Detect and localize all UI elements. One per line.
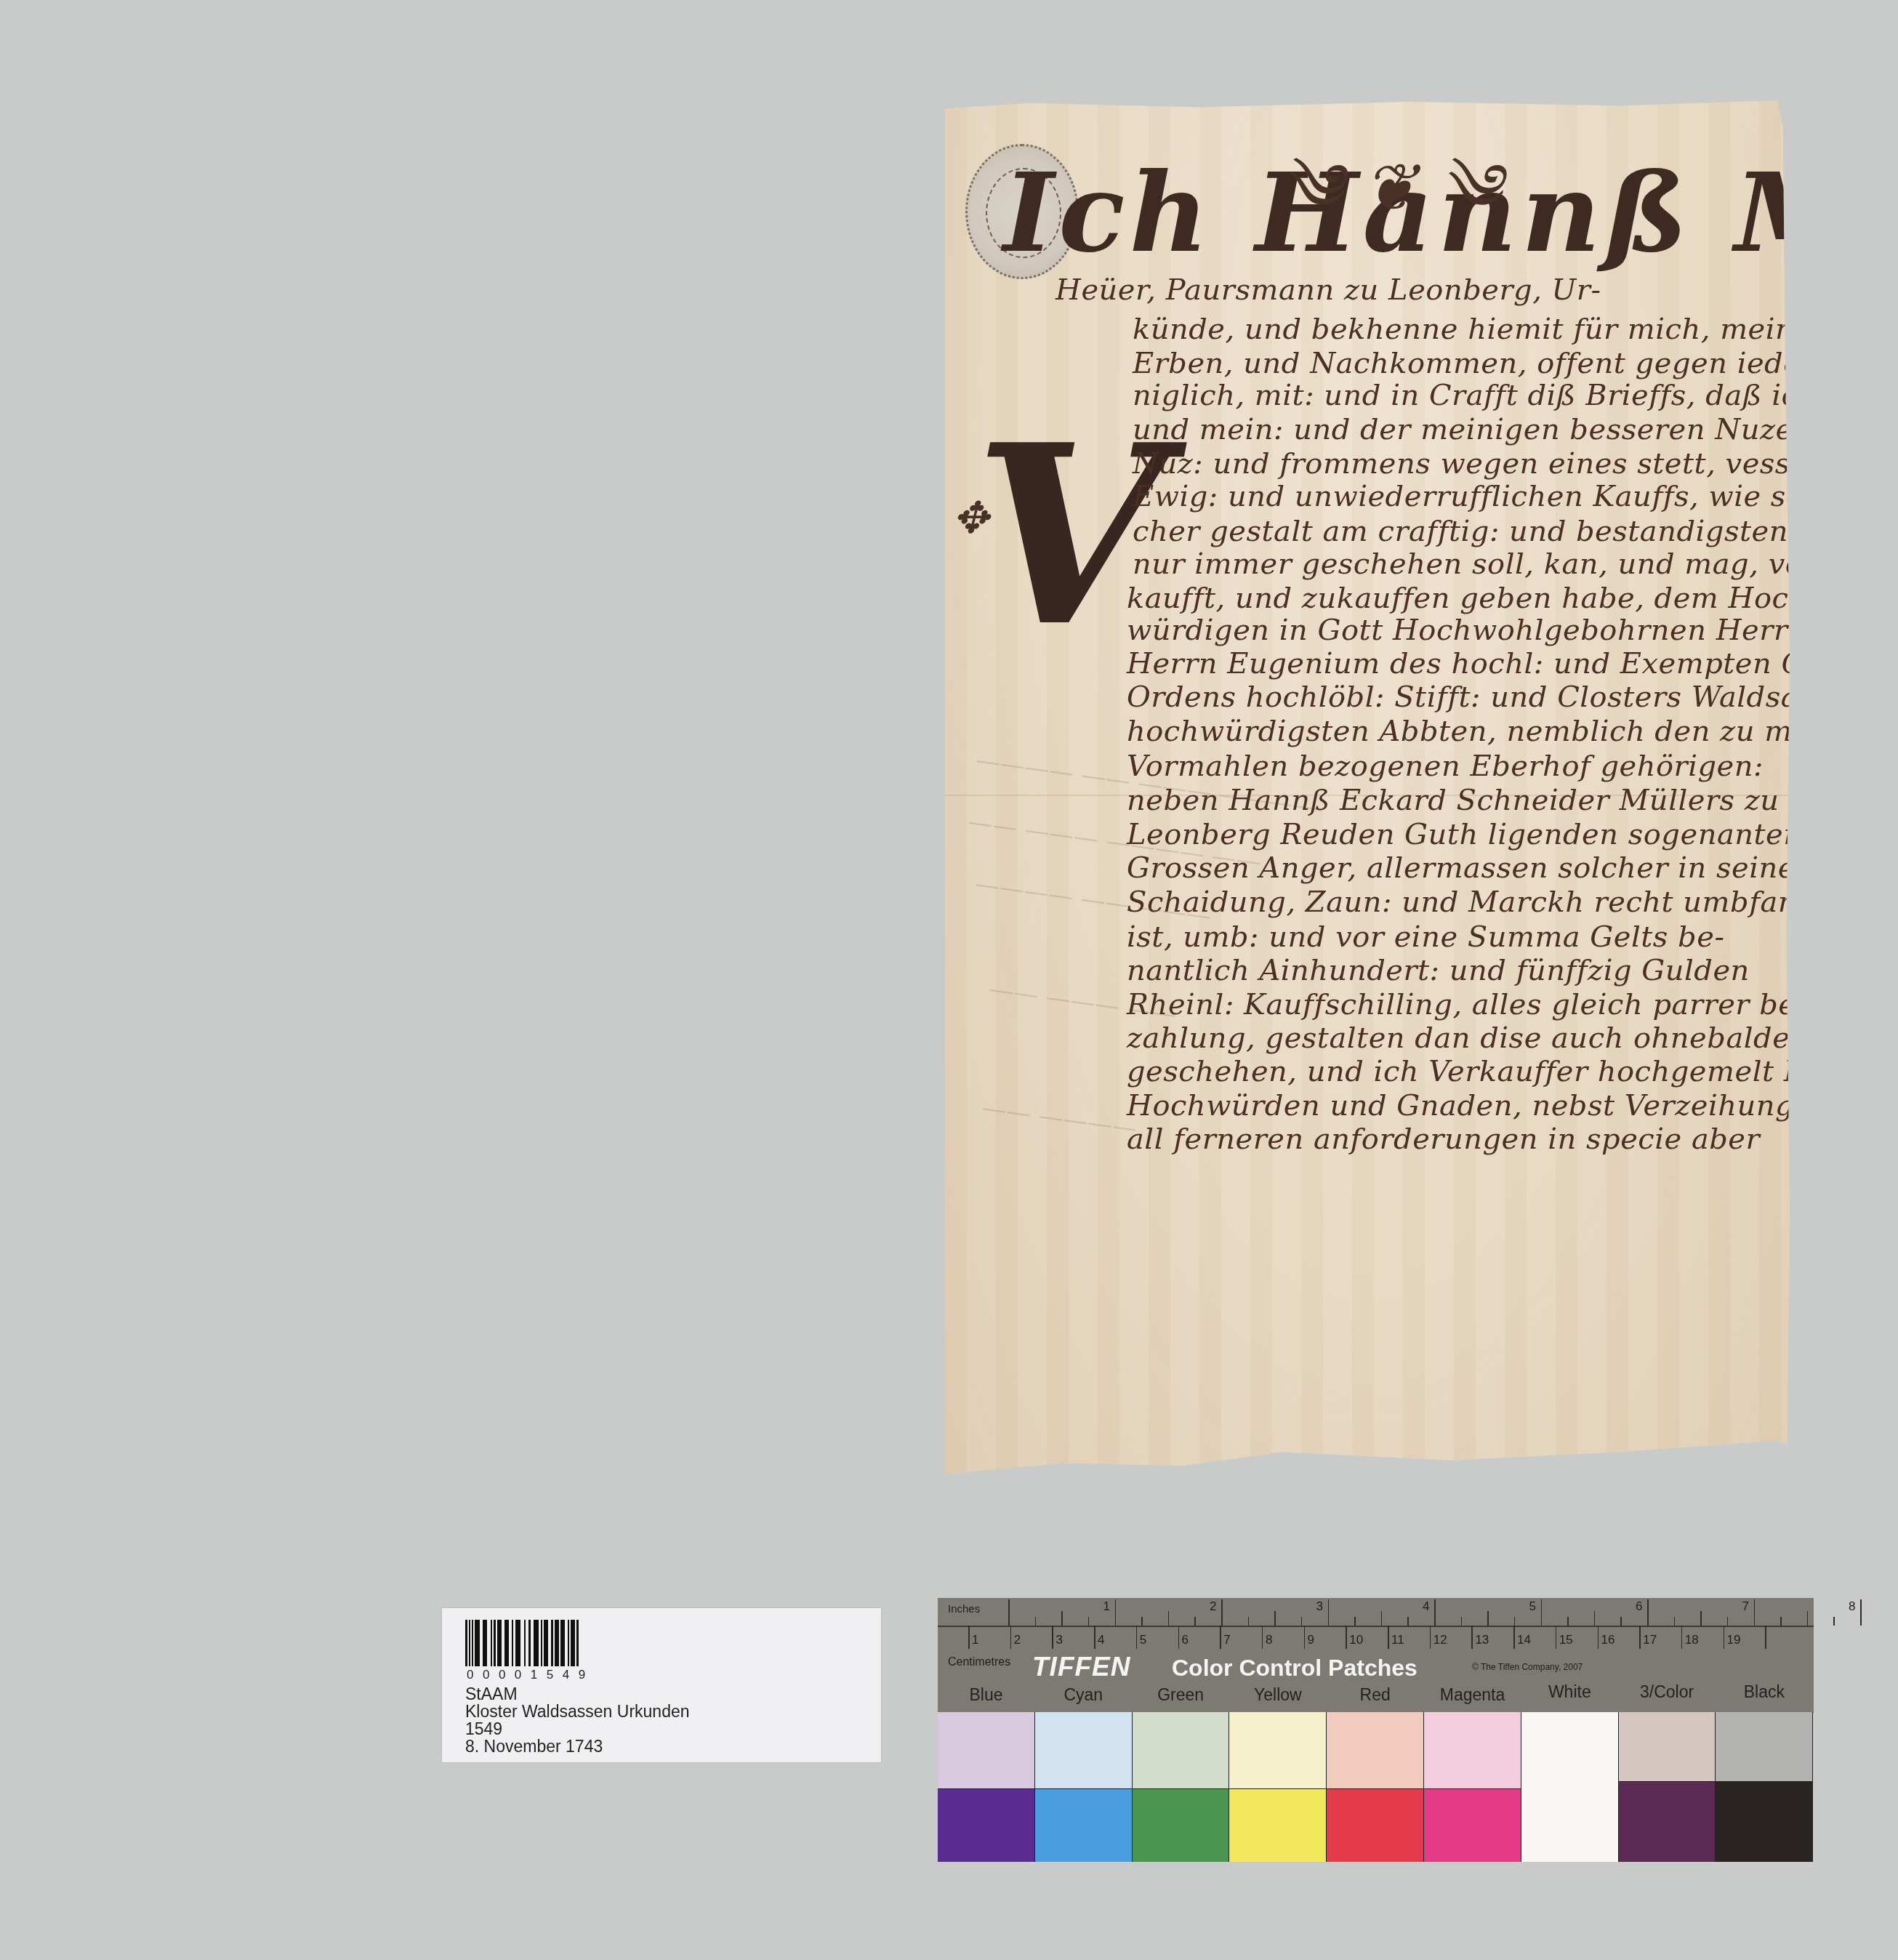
inch-tick-label: 5	[1529, 1599, 1536, 1614]
inch-tick-label: 2	[1210, 1599, 1216, 1614]
patch-light-red	[1327, 1712, 1424, 1788]
label-collection: Kloster Waldsassen Urkunden	[465, 1703, 690, 1720]
inch-tick-label: 1	[1103, 1599, 1110, 1614]
document-line: hochwürdigsten Abbten, nemblich den zu m…	[1127, 715, 1884, 748]
document-line: künde, und bekhenne hiemit für mich, mei…	[1133, 313, 1811, 346]
patch-label-magenta: Magenta	[1424, 1685, 1521, 1705]
cm-tick-label: 10	[1349, 1633, 1363, 1647]
inch-ruler: Inches 12345678	[938, 1598, 1814, 1627]
inch-tick-label: 4	[1423, 1599, 1429, 1614]
document-line: Nuz: und frommens wegen eines stett, ves…	[1133, 447, 1812, 481]
document-line: geschehen, und ich Verkauffer hochgemelt…	[1127, 1055, 1847, 1088]
patch-dark-red	[1327, 1788, 1424, 1862]
heading-flourish: ༄ ❦ ༄	[1279, 115, 1501, 299]
cm-tick-label: 18	[1685, 1633, 1699, 1647]
document-line: Ewig: und unwiederrufflichen Kauffs, wie…	[1133, 480, 1824, 513]
centimetres-label: Centimetres	[948, 1656, 1010, 1669]
document-line: zahlung, gestalten dan dise auch ohnebal…	[1127, 1021, 1809, 1055]
cm-tick-label: 11	[1391, 1633, 1404, 1647]
label-archive: StAAM	[465, 1685, 690, 1703]
patch-light-magenta	[1424, 1712, 1521, 1788]
inch-tick-label: 7	[1742, 1599, 1749, 1614]
document-line: cher gestalt am crafftig: und bestandigs…	[1133, 515, 1788, 548]
patch-dark-cyan	[1035, 1788, 1133, 1862]
document-line: Hochwürden und Gnaden, nebst Verzeihung	[1127, 1089, 1794, 1122]
patch-light-black	[1716, 1712, 1813, 1781]
patch-dark-black	[1716, 1781, 1813, 1862]
chart-title: Color Control Patches	[1172, 1655, 1418, 1682]
document-line: niglich, mit: und in Crafft diß Brieffs,…	[1133, 379, 1817, 412]
cm-tick-label: 19	[1727, 1633, 1741, 1647]
document-line: würdigen in Gott Hochwohlgebohrnen Herrn	[1127, 614, 1807, 647]
document-line: nantlich Ainhundert: und fünffzig Gulden	[1127, 954, 1750, 987]
patch-names: BlueCyanGreenYellowRedMagentaWhite3/Colo…	[938, 1685, 1814, 1710]
document-line: Rheinl: Kauffschilling, alles gleich par…	[1127, 988, 1806, 1021]
barcode-digits: 00001549	[467, 1668, 595, 1682]
cm-tick-label: 5	[1140, 1633, 1146, 1647]
document-line: Ordens hochlöbl: Stifft: und Closters Wa…	[1127, 680, 1875, 714]
patch-dark-yellow	[1229, 1788, 1327, 1862]
document-line: all ferneren anforderungen in specie abe…	[1127, 1122, 1760, 1156]
patch-label-black: Black	[1716, 1682, 1812, 1702]
cm-tick-label: 3	[1055, 1633, 1062, 1647]
document-line: neben Hannß Eckard Schneider Müllers zu	[1127, 784, 1780, 817]
patch-light-white	[1521, 1712, 1619, 1862]
patch-label-cyan: Cyan	[1035, 1685, 1132, 1705]
document-line: nur immer geschehen soll, kan, und mag, …	[1133, 547, 1827, 581]
color-patches	[938, 1712, 1814, 1862]
patch-label-green: Green	[1133, 1685, 1229, 1705]
label-date: 8. November 1743	[465, 1738, 690, 1755]
tiffen-logo: TIFFEN	[1032, 1652, 1130, 1682]
document-line: Herrn Eugenium des hochl: und Exempten C…	[1127, 647, 1851, 680]
inch-tick-label: 6	[1636, 1599, 1642, 1614]
parchment-document: ———— ——— —— ———— —— ———— ——— —— ——— —— —…	[945, 100, 1790, 1485]
document-line: kaufft, und zukauffen geben habe, dem Ho…	[1127, 582, 1817, 615]
cm-tick-label: 17	[1643, 1633, 1657, 1647]
document-line: Schaidung, Zaun: und Marckh recht umbfan…	[1127, 885, 1853, 919]
cm-tick-label: 1	[972, 1633, 978, 1647]
patch-label-3-color: 3/Color	[1619, 1682, 1716, 1702]
patch-dark-3-color	[1619, 1781, 1716, 1862]
cm-tick-label: 14	[1517, 1633, 1531, 1647]
cm-tick-label: 7	[1223, 1633, 1230, 1647]
patch-light-cyan	[1035, 1712, 1133, 1788]
inch-tick-label: 8	[1849, 1599, 1855, 1614]
cm-tick-label: 16	[1601, 1633, 1615, 1647]
document-line: Leonberg Reuden Guth ligenden sogenanten	[1127, 818, 1803, 851]
chart-header: Inches 12345678 123456789101112131415161…	[938, 1598, 1814, 1713]
cm-tick-label: 2	[1014, 1633, 1021, 1647]
bleed-through-text: ———— ——	[980, 1093, 1138, 1144]
document-line: ist, umb: und vor eine Summa Gelts be-	[1127, 920, 1724, 954]
inch-tick-label: 3	[1316, 1599, 1323, 1614]
patch-dark-green	[1133, 1788, 1230, 1862]
patch-light-blue	[938, 1712, 1035, 1788]
patch-dark-blue	[938, 1788, 1035, 1862]
cm-tick-label: 8	[1266, 1633, 1272, 1647]
archive-label: 00001549 StAAM Kloster Waldsassen Urkund…	[442, 1608, 881, 1762]
barcode	[465, 1620, 579, 1666]
cm-tick-label: 15	[1559, 1633, 1573, 1647]
copyright-text: © The Tiffen Company, 2007	[1472, 1662, 1583, 1672]
cm-tick-label: 6	[1182, 1633, 1189, 1647]
document-line: und mein: und der meinigen besseren Nuze…	[1133, 413, 1812, 446]
label-text: StAAM Kloster Waldsassen Urkunden 1549 8…	[465, 1685, 690, 1755]
cm-tick-label: 4	[1098, 1633, 1104, 1647]
document-line: Vormahlen bezogenen Eberhof gehörigen:	[1127, 750, 1764, 783]
label-number: 1549	[465, 1720, 690, 1738]
patch-label-red: Red	[1327, 1685, 1423, 1705]
document-line: Grossen Anger, allermassen solcher in se…	[1127, 851, 1810, 885]
cm-tick-label: 12	[1433, 1633, 1447, 1647]
patch-light-3-color	[1619, 1712, 1716, 1781]
color-control-chart: Inches 12345678 123456789101112131415161…	[938, 1598, 1814, 1863]
patch-label-yellow: Yellow	[1229, 1685, 1326, 1705]
document-line: Heüer, Paursmann zu Leonberg, Ur-	[1055, 273, 1601, 307]
patch-dark-magenta	[1424, 1788, 1521, 1862]
patch-label-white: White	[1521, 1682, 1618, 1702]
document-line: Erben, und Nachkommen, offent gegen iede…	[1133, 347, 1871, 380]
patch-light-green	[1133, 1712, 1230, 1788]
cm-tick-label: 13	[1475, 1633, 1489, 1647]
patch-light-yellow	[1229, 1712, 1327, 1788]
patch-label-blue: Blue	[938, 1685, 1034, 1705]
inches-label: Inches	[948, 1603, 980, 1615]
initial-flourish: ✥	[952, 493, 989, 544]
cm-tick-label: 9	[1308, 1633, 1314, 1647]
cm-ruler: 12345678910111213141516171819	[938, 1626, 1814, 1652]
